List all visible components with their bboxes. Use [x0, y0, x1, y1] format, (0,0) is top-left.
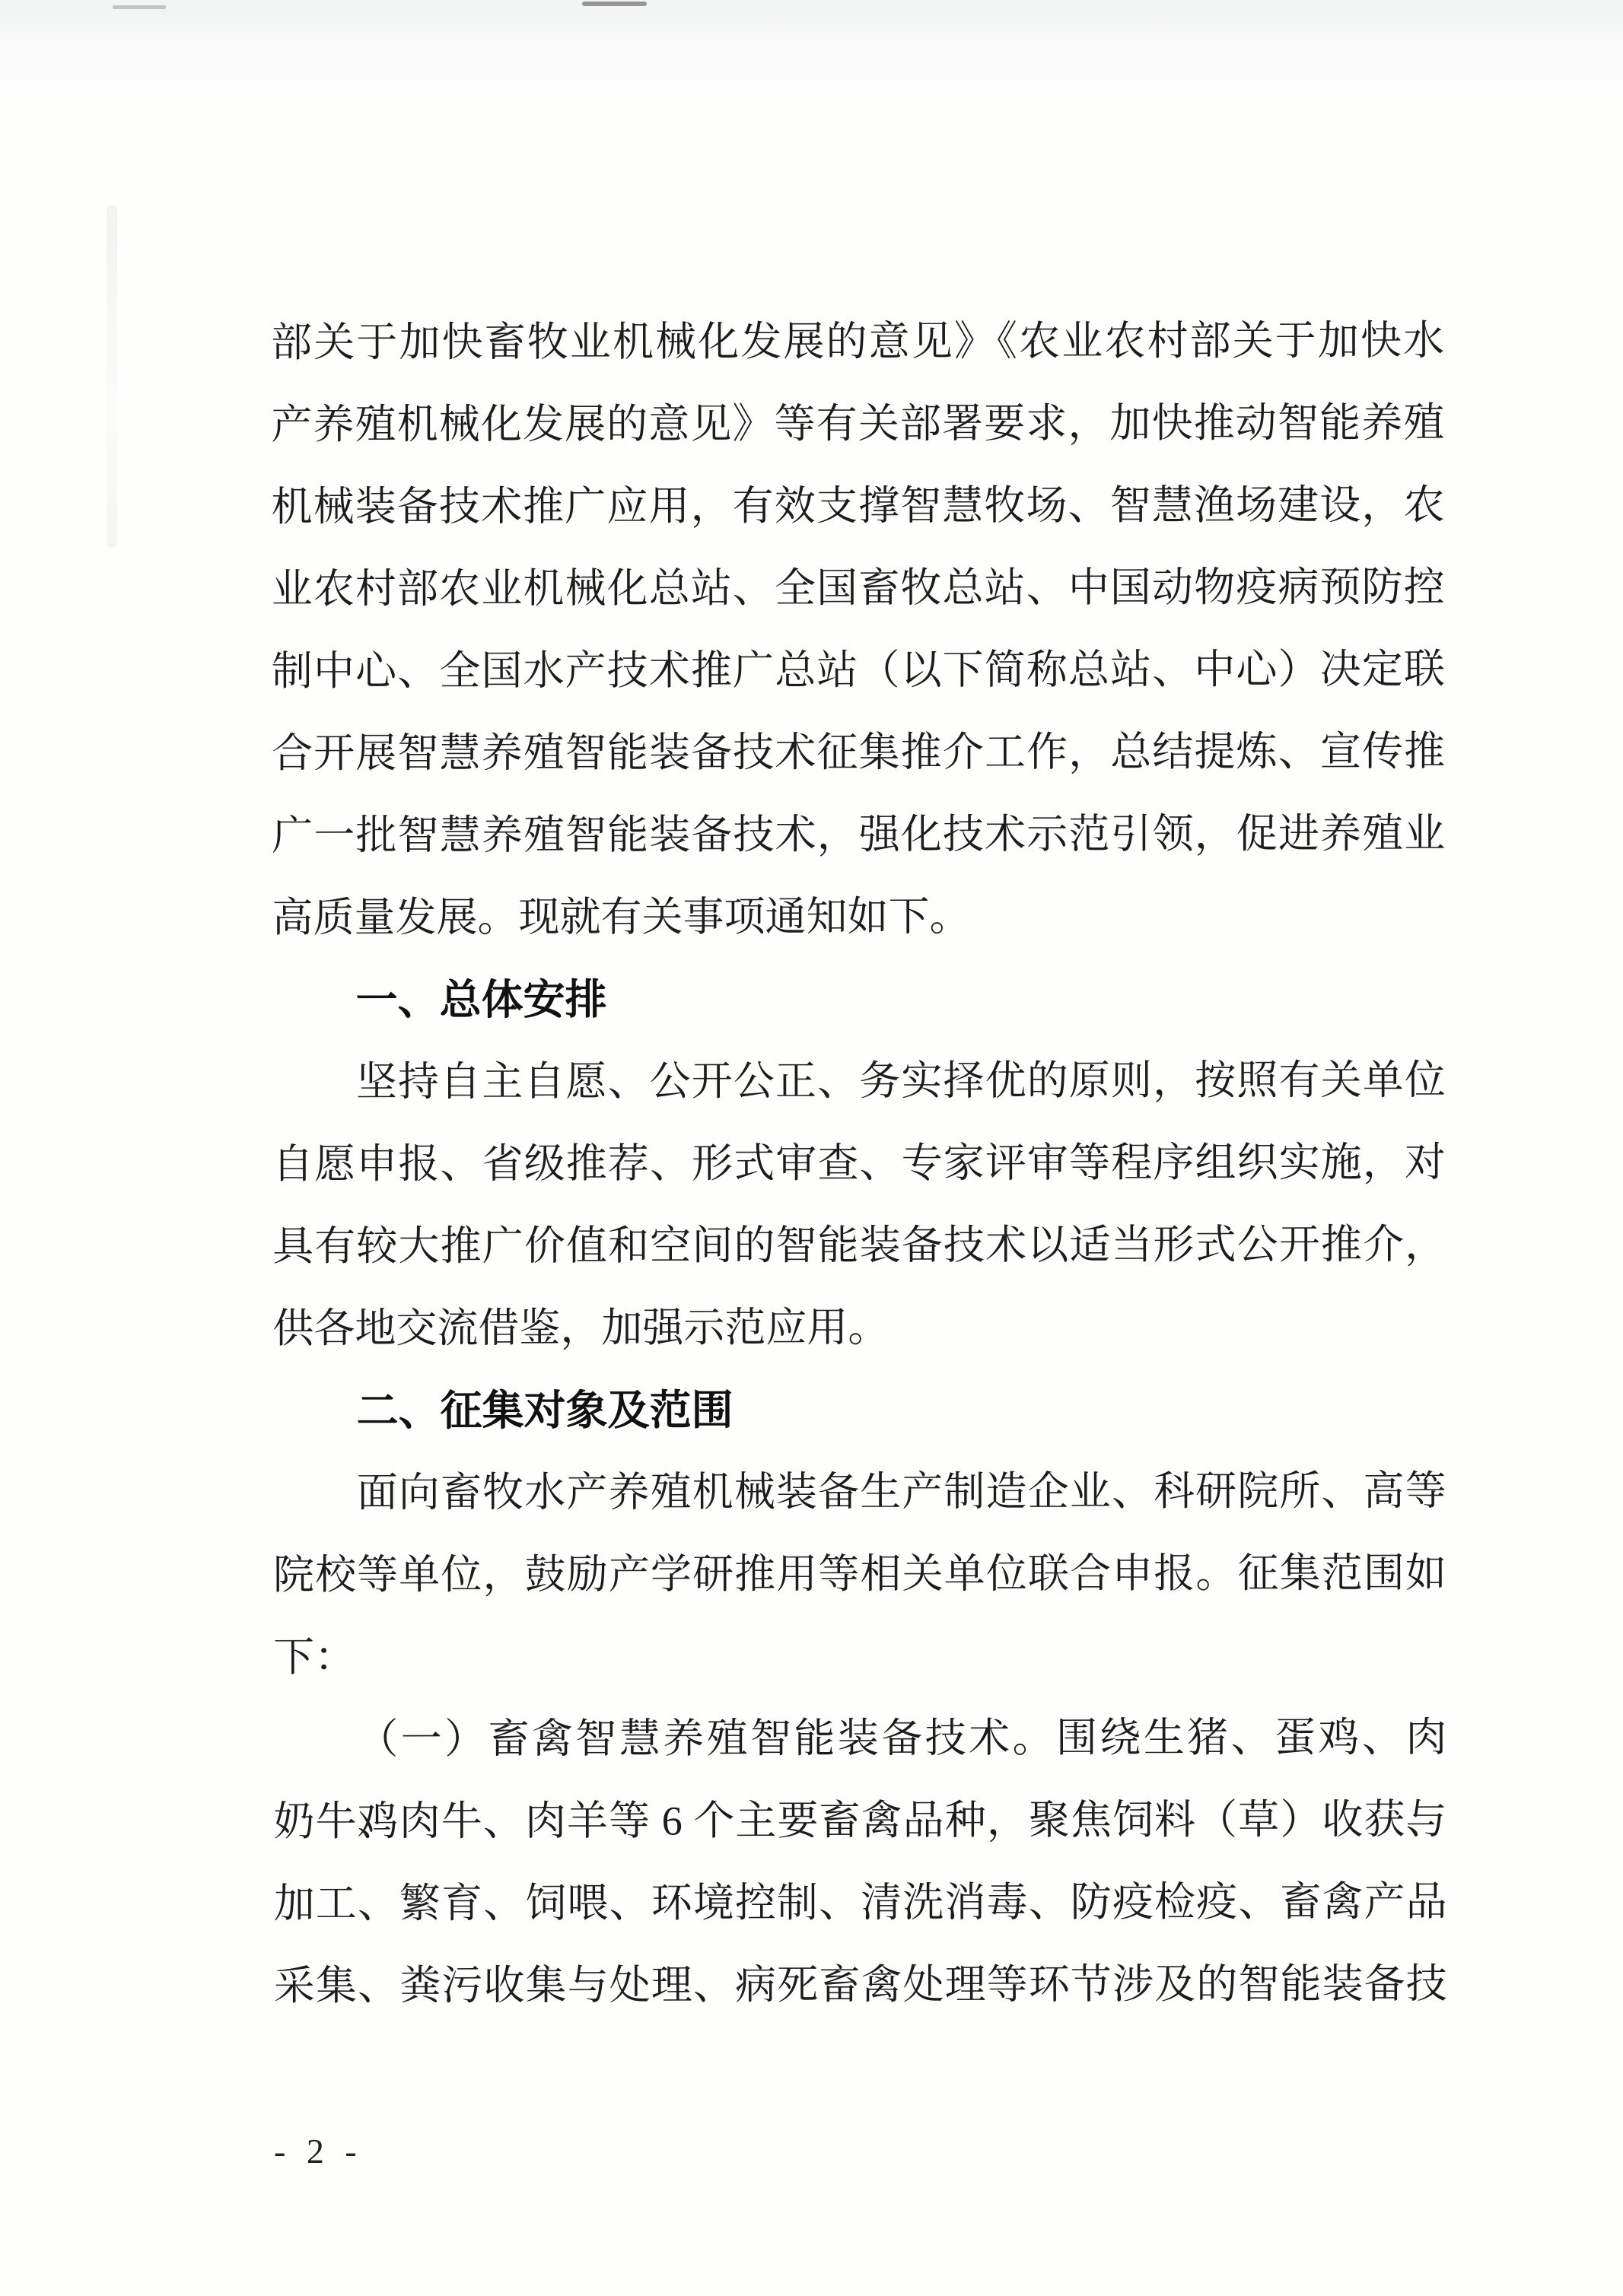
text-line: 供各地交流借鉴，加强示范应用。 — [272, 1286, 1446, 1370]
scan-artifact-mark — [582, 2, 647, 6]
text-line: 面向畜牧水产养殖机械装备生产制造企业、科研院所、高等 — [273, 1450, 1446, 1534]
text-line: 采集、粪污收集与处理、病死畜禽处理等环节涉及的智能装备技 — [274, 1943, 1447, 2027]
text-line: 奶牛、肉牛、肉羊等 6 个主要畜禽品种，聚焦饲料（草）收获与 — [273, 1779, 1446, 1863]
text-line: 具有较大推广价值和空间的智能装备技术以适当形式公开推介， — [272, 1204, 1446, 1288]
section-heading: 一、总体安排 — [272, 957, 1446, 1041]
text-line: 机械装备技术推广应用，有效支撑智慧牧场、智慧渔场建设，农 — [271, 464, 1444, 549]
scan-artifact-smudge — [107, 205, 117, 548]
text-line: 产养殖机械化发展的意见》等有关部署要求，加快推动智能养殖 — [271, 382, 1444, 466]
text-line: 合开展智慧养殖智能装备技术征集推介工作，总结提炼、宣传推 — [272, 711, 1445, 795]
text-line: 高质量发展。现就有关事项通知如下。 — [272, 875, 1445, 959]
scan-edge-shading — [0, 0, 1623, 114]
document-body-text: 部关于加快畜牧业机械化发展的意见》《农业农村部关于加快水产养殖机械化发展的意见》… — [271, 300, 1447, 2027]
text-line: 院校等单位，鼓励产学研推用等相关单位联合申报。征集范围如 — [273, 1532, 1446, 1617]
text-line: 业农村部农业机械化总站、全国畜牧总站、中国动物疫病预防控 — [272, 546, 1445, 631]
section-heading: 二、征集对象及范围 — [272, 1368, 1446, 1452]
text-line: 坚持自主自愿、公开公正、务实择优的原则，按照有关单位 — [272, 1039, 1446, 1124]
text-line: 制中心、全国水产技术推广总站（以下简称总站、中心）决定联 — [272, 628, 1445, 713]
text-line: 部关于加快畜牧业机械化发展的意见》《农业农村部关于加快水 — [271, 300, 1444, 384]
document-page: 部关于加快畜牧业机械化发展的意见》《农业农村部关于加快水产养殖机械化发展的意见》… — [0, 0, 1623, 2296]
text-line: 下： — [273, 1614, 1446, 1699]
text-line: 广一批智慧养殖智能装备技术，强化技术示范引领，促进养殖业 — [272, 793, 1445, 877]
page-number: - 2 - — [274, 2129, 363, 2174]
scan-artifact-mark — [113, 5, 166, 9]
text-line: 自愿申报、省级推荐、形式审查、专家评审等程序组织实施，对 — [272, 1121, 1446, 1206]
text-line: （一）畜禽智慧养殖智能装备技术。围绕生猪、蛋鸡、肉鸡、 — [273, 1697, 1446, 1781]
text-line: 加工、繁育、饲喂、环境控制、清洗消毒、防疫检疫、畜禽产品 — [274, 1861, 1447, 1945]
